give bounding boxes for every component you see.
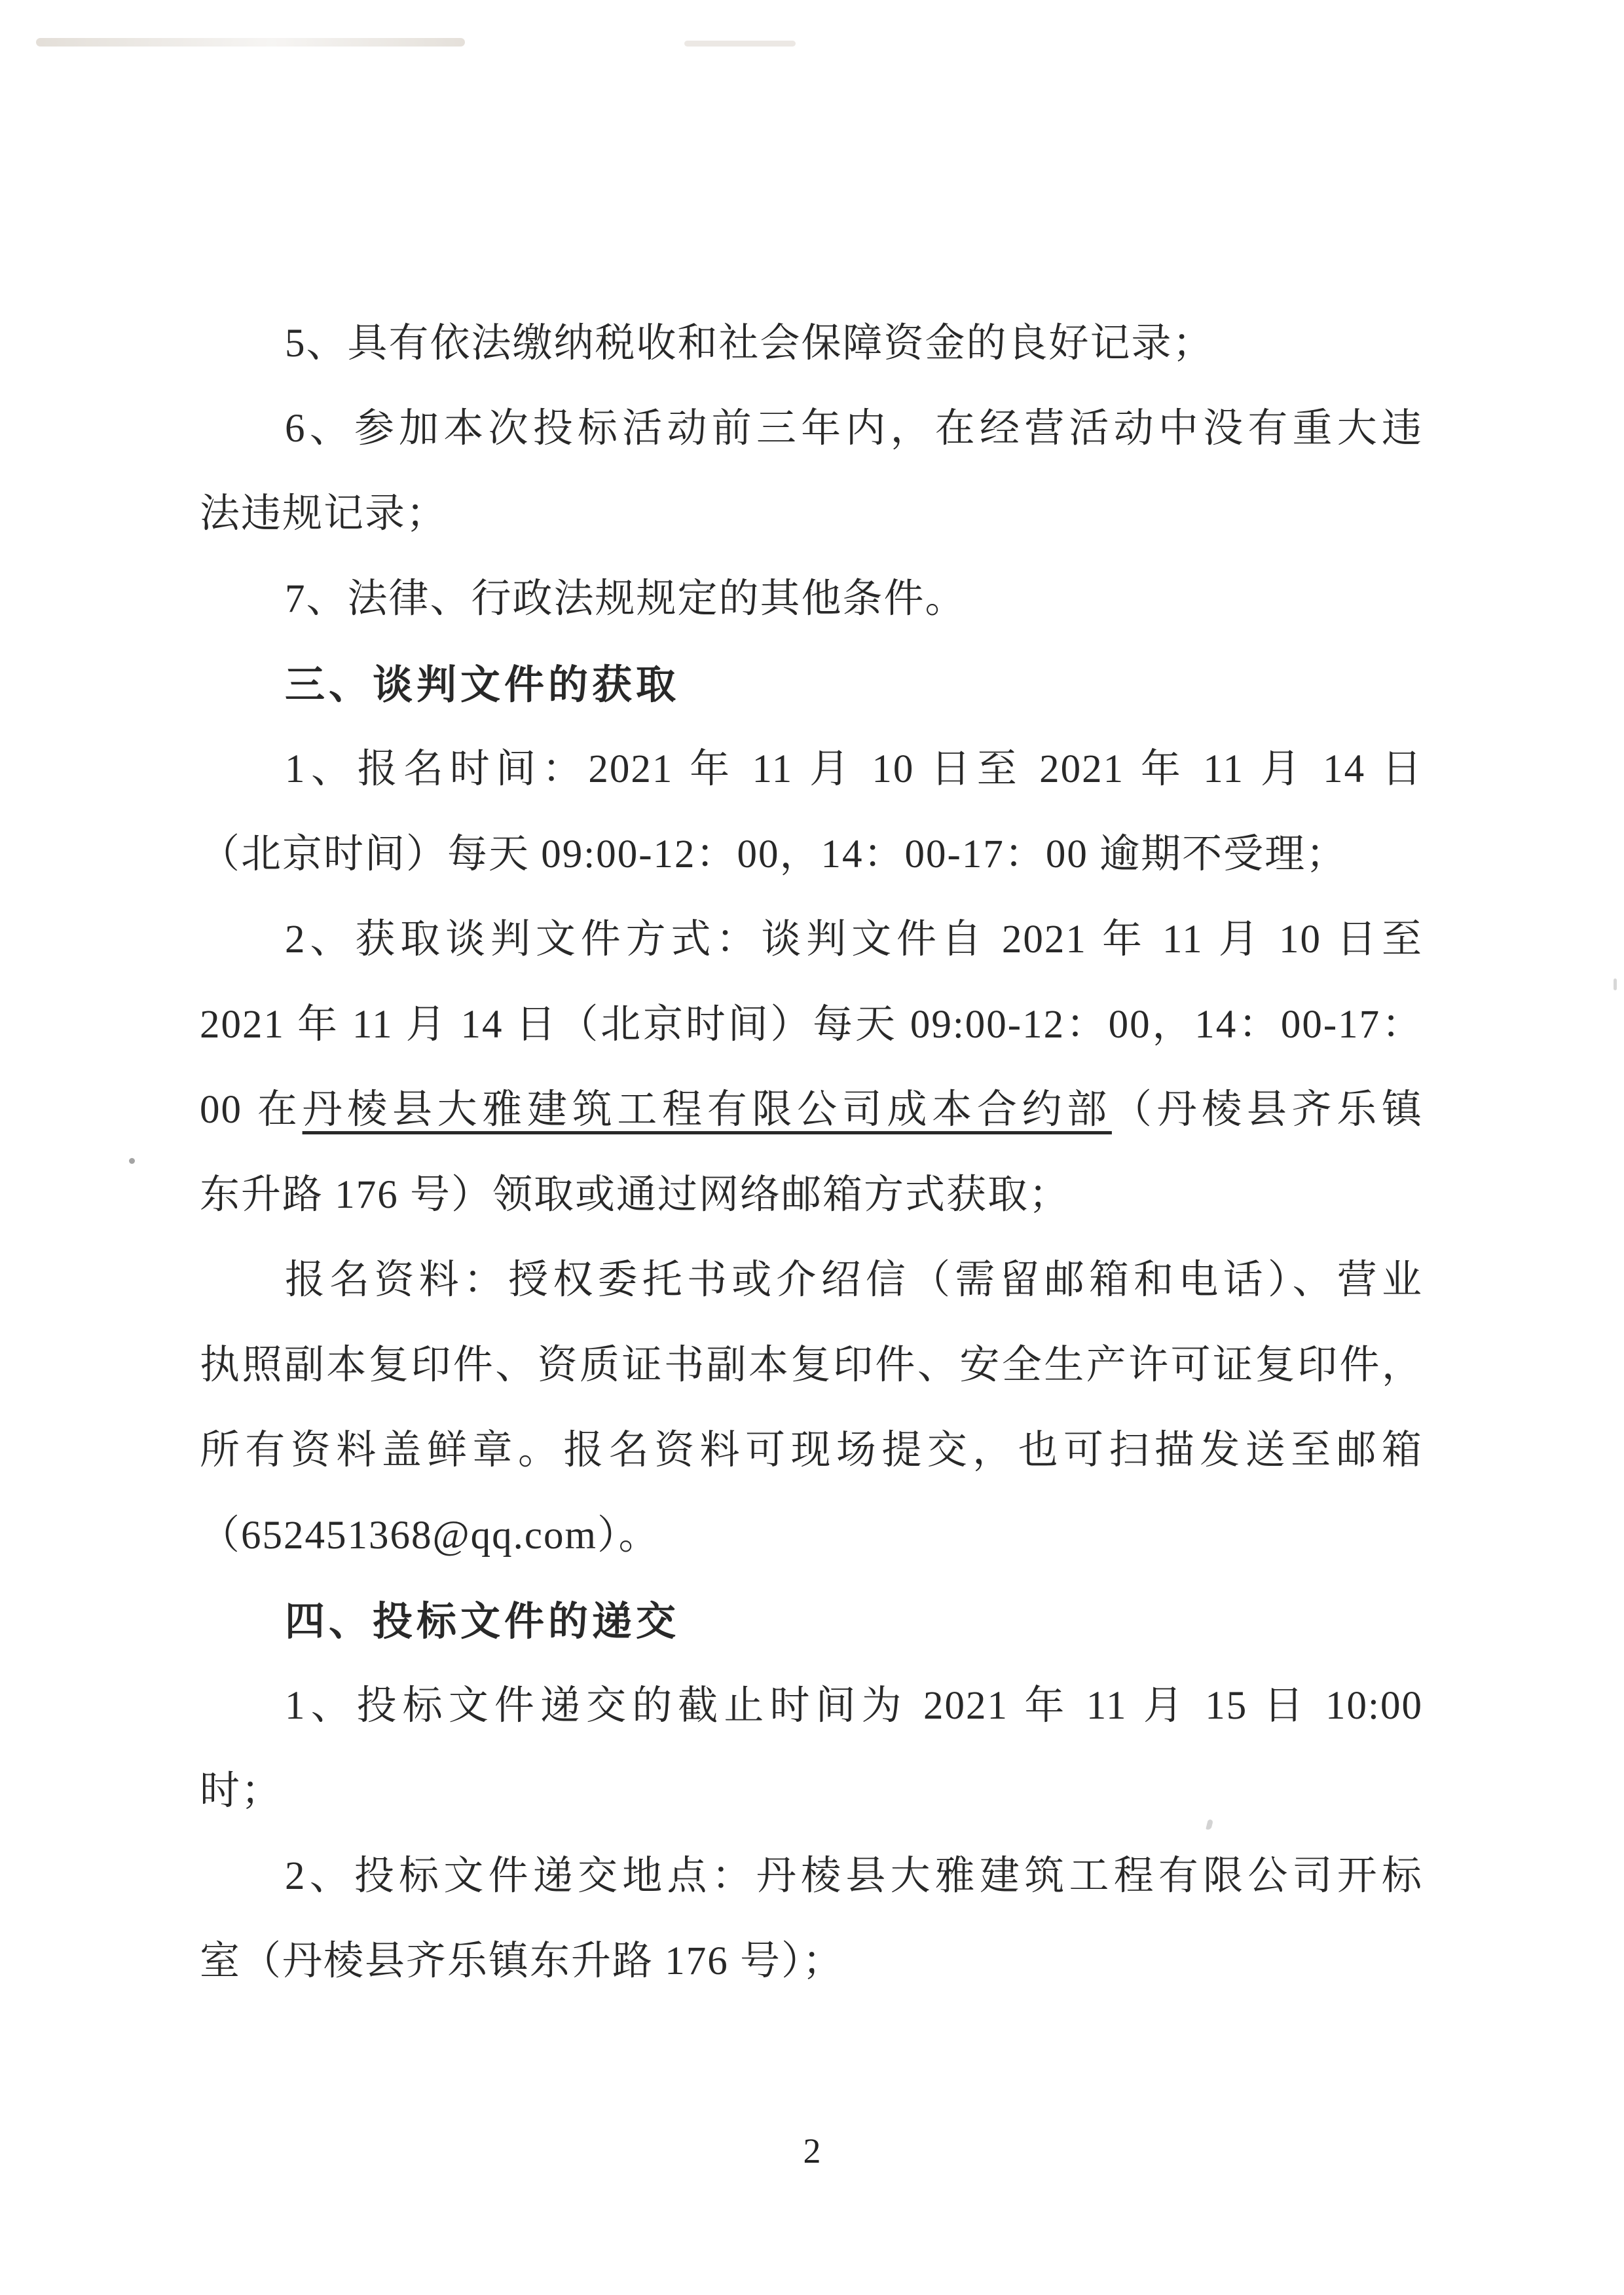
- text-segment: 四、投标文件的递交: [285, 1599, 680, 1643]
- text-line: 5、具有依法缴纳税收和社会保障资金的良好记录；: [200, 301, 1423, 386]
- text-segment: 报名资料：授权委托书或介绍信（需留邮箱和电话）、营业: [285, 1258, 1423, 1302]
- paragraph: 2、获取谈判文件方式：谈判文件自 2021 年 11 月 10 日至2021 年…: [200, 897, 1423, 1238]
- scan-artifact: [36, 38, 465, 47]
- text-line: （北京时间）每天 09:00-12：00，14：00-17：00 逾期不受理；: [200, 812, 1423, 897]
- text-line: 1、报名时间：2021 年 11 月 10 日至 2021 年 11 月 14 …: [200, 727, 1423, 812]
- text-segment: 1、报名时间：2021 年 11 月 10 日至 2021 年 11 月 14 …: [285, 747, 1423, 791]
- paragraph: 6、参加本次投标活动前三年内，在经营活动中没有重大违法违规记录；: [200, 386, 1423, 557]
- underlined-company-name: 丹棱县大雅建筑工程有限公司成本合约部: [303, 1088, 1112, 1132]
- scan-dot-artifact: [1614, 979, 1617, 990]
- text-segment: 时；: [200, 1769, 282, 1813]
- section-heading: 四、投标文件的递交: [200, 1578, 1423, 1664]
- text-line: 所有资料盖鲜章。报名资料可现场提交，也可扫描发送至邮箱: [200, 1408, 1423, 1493]
- text-line: 2、获取谈判文件方式：谈判文件自 2021 年 11 月 10 日至: [200, 897, 1423, 982]
- text-line: 00 在丹棱县大雅建筑工程有限公司成本合约部（丹棱县齐乐镇: [200, 1068, 1423, 1153]
- scan-dot-artifact: [129, 1158, 135, 1164]
- text-segment: 三、谈判文件的获取: [285, 662, 680, 707]
- text-segment: 2、获取谈判文件方式：谈判文件自 2021 年 11 月 10 日至: [285, 918, 1423, 961]
- text-segment: 法违规记录；: [200, 492, 447, 536]
- section-heading: 三、谈判文件的获取: [200, 642, 1423, 727]
- text-segment: 2021 年 11 月 14 日（北京时间）每天 09:00-12：00，14：…: [200, 1003, 1423, 1047]
- text-segment: 所有资料盖鲜章。报名资料可现场提交，也可扫描发送至邮箱: [200, 1428, 1423, 1472]
- text-segment: 执照副本复印件、资质证书副本复印件、安全生产许可证复印件，: [200, 1343, 1423, 1387]
- text-segment: （北京时间）每天 09:00-12：00，14：00-17：00 逾期不受理；: [200, 832, 1347, 876]
- text-line: 2021 年 11 月 14 日（北京时间）每天 09:00-12：00，14：…: [200, 982, 1423, 1068]
- text-segment: 东升路 176 号）领取或通过网络邮箱方式获取；: [200, 1173, 1070, 1217]
- text-segment: 7、法律、行政法规规定的其他条件。: [285, 577, 967, 621]
- text-segment: （丹棱县齐乐镇: [1112, 1088, 1423, 1132]
- text-line: 7、法律、行政法规规定的其他条件。: [200, 557, 1423, 642]
- scanned-document-page: 5、具有依法缴纳税收和社会保障资金的良好记录；6、参加本次投标活动前三年内，在经…: [0, 0, 1624, 2295]
- paragraph: 报名资料：授权委托书或介绍信（需留邮箱和电话）、营业执照副本复印件、资质证书副本…: [200, 1238, 1423, 1578]
- text-segment: 6、参加本次投标活动前三年内，在经营活动中没有重大违: [285, 407, 1423, 451]
- page-number: 2: [803, 2131, 821, 2171]
- text-line: 东升路 176 号）领取或通过网络邮箱方式获取；: [200, 1153, 1423, 1238]
- text-segment: 1、投标文件递交的截止时间为 2021 年 11 月 15 日 10:00: [285, 1684, 1423, 1728]
- paragraph: 5、具有依法缴纳税收和社会保障资金的良好记录；: [200, 301, 1423, 386]
- paragraph: 7、法律、行政法规规定的其他条件。: [200, 557, 1423, 642]
- text-segment: 2、投标文件递交地点：丹棱县大雅建筑工程有限公司开标: [285, 1854, 1423, 1898]
- text-segment: （652451368@qq.com）。: [200, 1514, 659, 1558]
- text-line: 时；: [200, 1749, 1423, 1834]
- text-line: 执照副本复印件、资质证书副本复印件、安全生产许可证复印件，: [200, 1323, 1423, 1408]
- text-line: 2、投标文件递交地点：丹棱县大雅建筑工程有限公司开标: [200, 1834, 1423, 1919]
- text-segment: 00 在: [200, 1088, 303, 1132]
- paragraph: 2、投标文件递交地点：丹棱县大雅建筑工程有限公司开标室（丹棱县齐乐镇东升路 17…: [200, 1834, 1423, 2004]
- paragraph: 1、投标文件递交的截止时间为 2021 年 11 月 15 日 10:00时；: [200, 1664, 1423, 1834]
- paragraph: 1、报名时间：2021 年 11 月 10 日至 2021 年 11 月 14 …: [200, 727, 1423, 897]
- text-line: 6、参加本次投标活动前三年内，在经营活动中没有重大违: [200, 386, 1423, 472]
- text-line: 1、投标文件递交的截止时间为 2021 年 11 月 15 日 10:00: [200, 1664, 1423, 1749]
- text-segment: 室（丹棱县齐乐镇东升路 176 号）；: [200, 1939, 844, 1983]
- text-line: 三、谈判文件的获取: [200, 642, 1423, 727]
- document-body: 5、具有依法缴纳税收和社会保障资金的良好记录；6、参加本次投标活动前三年内，在经…: [200, 301, 1423, 2004]
- scan-artifact: [684, 41, 796, 47]
- text-line: 室（丹棱县齐乐镇东升路 176 号）；: [200, 1919, 1423, 2004]
- text-line: （652451368@qq.com）。: [200, 1493, 1423, 1578]
- text-line: 法违规记录；: [200, 472, 1423, 557]
- text-segment: 5、具有依法缴纳税收和社会保障资金的良好记录；: [285, 322, 1214, 365]
- page-footer: 2: [0, 2130, 1624, 2172]
- text-line: 四、投标文件的递交: [200, 1578, 1423, 1664]
- text-line: 报名资料：授权委托书或介绍信（需留邮箱和电话）、营业: [200, 1238, 1423, 1323]
